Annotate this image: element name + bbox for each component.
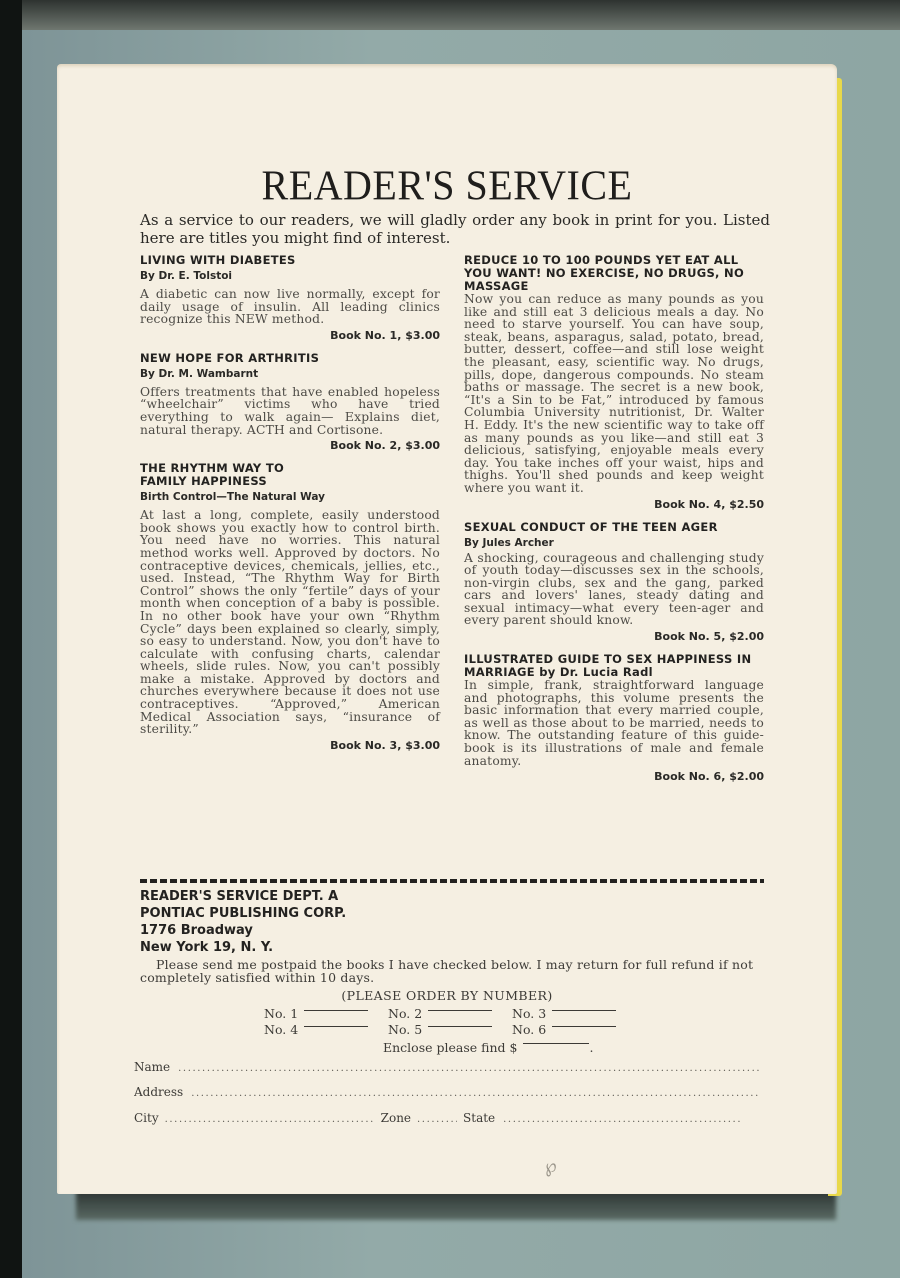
zone-dotted-line[interactable]: .......... — [417, 1114, 457, 1125]
address-line: PONTIAC PUBLISHING CORP. — [140, 905, 346, 922]
intro-text: As a service to our readers, we will gla… — [140, 211, 770, 247]
book-description: A shocking, courageous and challenging s… — [464, 552, 764, 628]
book-description: Offers treatments that have enabled hope… — [140, 386, 440, 436]
book-list-left: LIVING WITH DIABETES By Dr. E. Tolstoi A… — [140, 254, 440, 762]
scan-background-dark — [0, 0, 22, 1278]
book-title: ILLUSTRATED GUIDE TO SEX HAPPINESS IN MA… — [464, 653, 764, 679]
order-slot-label: No. 5 — [388, 1022, 422, 1038]
book-price: Book No. 4, $2.50 — [464, 498, 764, 511]
book-price: Book No. 2, $3.00 — [140, 439, 440, 452]
order-slot-label: No. 6 — [512, 1022, 546, 1038]
book-title: SEXUAL CONDUCT OF THE TEEN AGER — [464, 521, 764, 534]
book-subtitle: Birth Control—The Natural Way — [140, 490, 440, 504]
order-slot-blank[interactable] — [304, 1010, 368, 1011]
order-slot-6[interactable]: No. 6 — [512, 1022, 636, 1038]
book-price: Book No. 1, $3.00 — [140, 329, 440, 342]
order-slots: No. 1 No. 2 No. 3 No. 4 No. 5 No. 6 — [264, 1006, 636, 1038]
book-title: REDUCE 10 TO 100 POUNDS YET EAT ALL YOU … — [464, 254, 764, 293]
order-slot-1[interactable]: No. 1 — [264, 1006, 388, 1022]
pencil-mark: ℘ — [542, 1155, 559, 1178]
order-row: No. 1 No. 2 No. 3 — [264, 1006, 636, 1022]
page-shadow — [76, 1190, 836, 1220]
book-entry-3: THE RHYTHM WAY TO FAMILY HAPPINESS Birth… — [140, 462, 440, 752]
book-entry-1: LIVING WITH DIABETES By Dr. E. Tolstoi A… — [140, 254, 440, 342]
book-title: NEW HOPE FOR ARTHRITIS — [140, 352, 440, 365]
order-slot-blank[interactable] — [304, 1026, 368, 1027]
order-row: No. 4 No. 5 No. 6 — [264, 1022, 636, 1038]
book-title: LIVING WITH DIABETES — [140, 254, 440, 267]
book-description: At last a long, complete, easily underst… — [140, 509, 440, 736]
book-price: Book No. 6, $2.00 — [464, 770, 764, 783]
order-slot-label: No. 4 — [264, 1022, 298, 1038]
order-slot-label: No. 1 — [264, 1006, 298, 1022]
book-author: By Dr. E. Tolstoi — [140, 269, 440, 283]
order-slot-label: No. 2 — [388, 1006, 422, 1022]
city-dotted-line[interactable]: ........................................… — [165, 1114, 375, 1125]
order-slot-5[interactable]: No. 5 — [388, 1022, 512, 1038]
book-title: THE RHYTHM WAY TO FAMILY HAPPINESS — [140, 462, 320, 488]
book-entry-4: REDUCE 10 TO 100 POUNDS YET EAT ALL YOU … — [464, 254, 764, 511]
mailing-address: READER'S SERVICE DEPT. A PONTIAC PUBLISH… — [140, 888, 346, 956]
book-author: By Dr. M. Wambarnt — [140, 367, 440, 381]
order-instructions: Please send me postpaid the books I have… — [140, 958, 764, 984]
order-slot-blank[interactable] — [552, 1010, 616, 1011]
name-field[interactable]: Name ...................................… — [134, 1060, 759, 1074]
page-title: READER'S SERVICE — [57, 161, 837, 210]
zone-label: Zone — [381, 1111, 411, 1125]
order-hint: (PLEASE ORDER BY NUMBER) — [57, 988, 837, 1003]
book-price: Book No. 5, $2.00 — [464, 630, 764, 643]
book-price: Book No. 3, $3.00 — [140, 739, 440, 752]
address-line: New York 19, N. Y. — [140, 939, 346, 956]
state-label: State — [463, 1111, 495, 1125]
enclose-label: Enclose please find $ — [383, 1040, 517, 1055]
city-label: City — [134, 1111, 159, 1125]
order-slot-2[interactable]: No. 2 — [388, 1006, 512, 1022]
order-slot-label: No. 3 — [512, 1006, 546, 1022]
order-slot-blank[interactable] — [428, 1010, 492, 1011]
state-dotted-line[interactable]: ........................................… — [503, 1114, 759, 1125]
order-slot-4[interactable]: No. 4 — [264, 1022, 388, 1038]
name-label: Name — [134, 1060, 170, 1074]
book-description: In simple, frank, straightforward langua… — [464, 679, 764, 767]
book-entry-6: ILLUSTRATED GUIDE TO SEX HAPPINESS IN MA… — [464, 653, 764, 783]
address-line: READER'S SERVICE DEPT. A — [140, 888, 346, 905]
book-entry-5: SEXUAL CONDUCT OF THE TEEN AGER By Jules… — [464, 521, 764, 644]
period: . — [589, 1040, 593, 1055]
enclose-blank[interactable] — [523, 1043, 589, 1044]
scan-background-top — [22, 0, 900, 30]
book-list-right: REDUCE 10 TO 100 POUNDS YET EAT ALL YOU … — [464, 254, 764, 793]
address-field[interactable]: Address ................................… — [134, 1085, 759, 1099]
name-dotted-line[interactable]: ........................................… — [178, 1063, 759, 1074]
book-description: Now you can reduce as many pounds as you… — [464, 293, 764, 495]
address-label: Address — [134, 1085, 183, 1099]
book-entry-2: NEW HOPE FOR ARTHRITIS By Dr. M. Wambarn… — [140, 352, 440, 452]
enclose-amount[interactable]: Enclose please find $. — [383, 1040, 593, 1055]
book-author: By Jules Archer — [464, 536, 764, 550]
city-zone-state-field[interactable]: City ...................................… — [134, 1111, 759, 1125]
cut-line — [140, 879, 764, 883]
order-slot-blank[interactable] — [552, 1026, 616, 1027]
magazine-back-page: READER'S SERVICE As a service to our rea… — [57, 64, 837, 1194]
book-description: A diabetic can now live normally, except… — [140, 288, 440, 326]
address-dotted-line[interactable]: ........................................… — [191, 1088, 759, 1099]
order-slot-3[interactable]: No. 3 — [512, 1006, 636, 1022]
address-line: 1776 Broadway — [140, 922, 346, 939]
order-slot-blank[interactable] — [428, 1026, 492, 1027]
